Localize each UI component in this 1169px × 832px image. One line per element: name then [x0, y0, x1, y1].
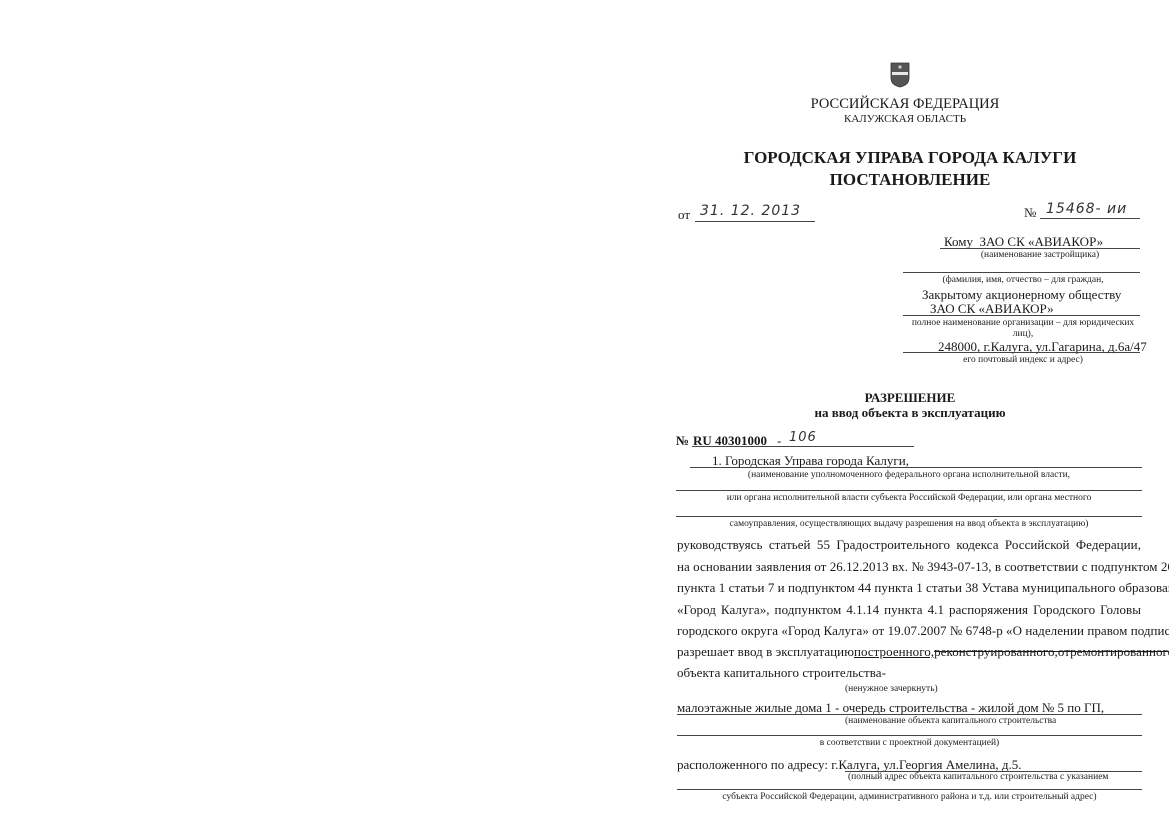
permits-prefix: разрешает ввод в эксплуатацию: [677, 644, 854, 660]
body-line-4: «Город Калуга», подпунктом 4.1.14 пункта…: [677, 602, 1141, 618]
permit-title: РАЗРЕШЕНИЕ: [700, 390, 1120, 406]
authority-name: ГОРОДСКАЯ УПРАВА ГОРОДА КАЛУГИ: [700, 148, 1120, 168]
region-name: КАЛУЖСКАЯ ОБЛАСТЬ: [790, 113, 1020, 125]
number-underline: [1040, 218, 1140, 219]
date-underline: [695, 221, 815, 222]
issuer-caption-1: (наименование уполномоченного федерально…: [676, 470, 1142, 480]
permit-number-handwritten: 106: [789, 430, 817, 445]
body-line-3: пункта 1 статьи 7 и подпунктом 44 пункта…: [677, 580, 1141, 596]
full-name-underline: [903, 315, 1140, 316]
option-repaired: отремонтированного: [1058, 644, 1169, 660]
kaluga-coat-of-arms-icon: [890, 62, 910, 88]
object-caption-1: (наименование объекта капитального строи…: [845, 716, 1056, 726]
caption-fio: (фамилия, имя, отчество – для граждан,: [903, 275, 1143, 285]
recipient-caption: (наименование застройщика): [940, 250, 1140, 260]
number-prefix: №: [1024, 205, 1036, 221]
body-line-1: руководствуясь статьей 55 Градостроитель…: [677, 537, 1141, 553]
body-line-5: городского округа «Город Калуга» от 19.0…: [677, 623, 1141, 639]
issuer-line-3: [676, 516, 1142, 517]
address-caption-2: субъекта Российской Федерации, администр…: [677, 792, 1142, 802]
strike-caption: (ненужное зачеркнуть): [845, 684, 938, 694]
address-caption-1: (полный адрес объекта капитального строи…: [848, 772, 1108, 782]
date-value: 31. 12. 2013: [700, 203, 801, 219]
to-label: Кому: [944, 234, 973, 249]
address-prefix: расположенного по адресу:: [677, 757, 828, 772]
issuer-caption-3: самоуправления, осуществляющих выдачу ра…: [676, 519, 1142, 529]
object-underline: [677, 714, 1142, 715]
decree-number: 15468- ии: [1046, 201, 1127, 217]
date-prefix: от: [678, 207, 690, 223]
issuer-caption-2: или органа исполнительной власти субъект…: [676, 493, 1142, 503]
to-value: ЗАО СК «АВИАКОР»: [980, 234, 1104, 249]
permit-number-prefix: №: [676, 433, 689, 449]
caption-org: полное наименование организации – для юр…: [903, 318, 1143, 328]
option-reconstructed: реконструированного,: [934, 644, 1058, 660]
blank-line-1: [903, 272, 1140, 273]
address-underline: [903, 352, 1140, 353]
object-caption-2: в соответствии с проектной документацией…: [677, 738, 1142, 748]
permits-line: разрешает ввод в эксплуатацию построенно…: [677, 644, 1141, 660]
country-name: РОССИЙСКАЯ ФЕДЕРАЦИЯ: [790, 96, 1020, 113]
body-line-2: на основании заявления от 26.12.2013 вх.…: [677, 559, 1141, 575]
option-built: построенного,: [854, 644, 934, 660]
permit-number-underline: [692, 446, 914, 447]
document-type: ПОСТАНОВЛЕНИЕ: [700, 170, 1120, 190]
issuer-underline: [690, 467, 1142, 468]
caption-org2: лиц),: [903, 329, 1143, 339]
recipient-underline: [940, 248, 1140, 249]
object-line: объекта капитального строительства-: [677, 665, 886, 681]
object-line-2: [677, 735, 1142, 736]
issuer-line-2: [676, 490, 1142, 491]
permit-subtitle: на ввод объекта в эксплуатацию: [700, 405, 1120, 421]
address-value: г.Калуга, ул.Георгия Амелина, д.5.: [831, 757, 1021, 772]
address-line-2: [677, 789, 1142, 790]
caption-address: его почтовый индекс и адрес): [903, 355, 1143, 365]
